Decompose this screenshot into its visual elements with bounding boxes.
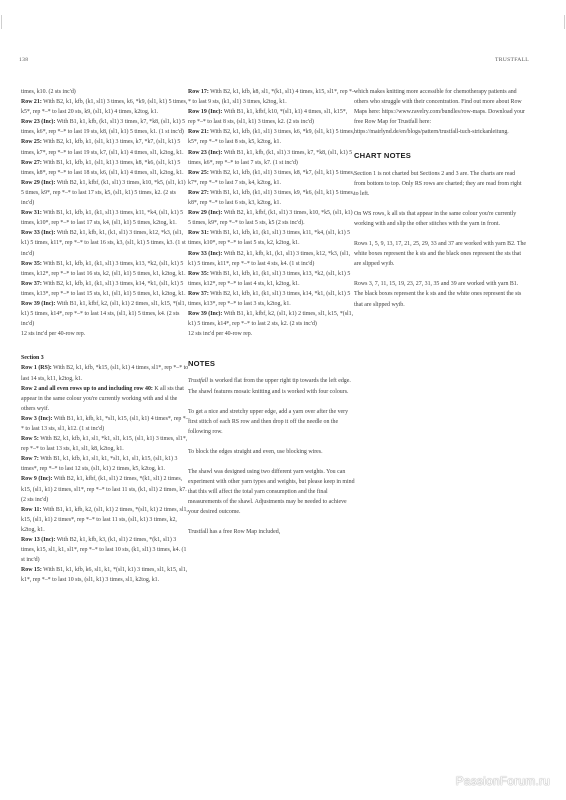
notes-paragraph-continued: which makes knitting more accessible for… — [354, 87, 526, 137]
notes-paragraph: Trustfall is worked flat from the upper … — [188, 376, 356, 396]
pattern-row: Row 33 (Inc): With B2, k1, kfb, k1, (k1,… — [188, 249, 356, 269]
notes-paragraph: Trustfall has a free Row Map included, — [188, 527, 356, 537]
pattern-row: Row 13 (Inc): With B2, k1, kfb, k3, (k1,… — [21, 535, 189, 565]
pattern-row: Row 7: With B1, k1, kfb, k1, sl1, k1, *s… — [21, 454, 189, 474]
pattern-row: Row 37: With B2, k1, kfb, k1, (k1, sl1) … — [188, 289, 356, 309]
pattern-row: Row 1 (RS): With B2, k1, kfb, *k15, (sl1… — [21, 363, 189, 383]
page-number: 138 — [19, 57, 28, 63]
pattern-row: Row 31: With B1, k1, kfb, k1, (k1, sl1) … — [21, 208, 189, 228]
pattern-row: Row 3 (Inc): With B1, k1, kfb, k1, *sl1,… — [21, 414, 189, 434]
pattern-row: Row 21: With B2, k1, kfb, (k1, sl1) 3 ti… — [21, 97, 189, 117]
pattern-row: Row 27: With B1, k1, kfb, k1, (sl1, k1) … — [21, 158, 189, 178]
pattern-row: Row 2 and all even rows up to and includ… — [21, 384, 189, 414]
column-3: which makes knitting more accessible for… — [354, 87, 526, 310]
pattern-row: Row 35: With B1, k1, kfb, k1, (k1, sl1) … — [21, 259, 189, 279]
continued-text: times, k10. (2 sts inc'd) — [21, 87, 189, 97]
pattern-row: Row 39 (Inc): With B1, k1, kfbf, k2, (sl… — [21, 299, 189, 329]
section3-rows: Row 1 (RS): With B2, k1, kfb, *k15, (sl1… — [21, 363, 189, 585]
pattern-row: Row 5: With B2, k1, kfb, k1, sl1, *k1, s… — [21, 434, 189, 454]
chart-notes-heading: CHART NOTES — [354, 151, 526, 161]
pattern-row: Row 19 (Inc): With B1, k1, kfbf, k10, *(… — [188, 107, 356, 127]
column-1: times, k10. (2 sts inc'd) Row 21: With B… — [21, 87, 189, 586]
column-2: Row 17: With B2, k1, kfb, k8, sl1, *(k1,… — [188, 87, 356, 538]
chart-notes-paragraph: Section 1 is not charted but Sections 2 … — [354, 169, 526, 199]
section-3-title: Section 3 — [21, 353, 189, 363]
notes-heading: NOTES — [188, 359, 356, 369]
pattern-row: Row 27: With B1, k1, kfb, (k1, sl1) 3 ti… — [188, 188, 356, 208]
notes-paragraph: The shawl was designed using two differe… — [188, 467, 356, 517]
notes-paragraph: To block the edges straight and even, us… — [188, 447, 356, 457]
pattern-row: Row 33 (Inc): With B2, k1, kfb, k1, (k1,… — [21, 228, 189, 258]
pattern-row: Row 9 (Inc): With B2, k1, kfbf, (k1, sl1… — [21, 474, 189, 504]
pattern-row: Row 31: With B1, k1, kfb, k1, (k1, sl1) … — [188, 228, 356, 248]
pattern-row: Row 25: With B2, k1, kfb, k1, (sl1, k1) … — [21, 137, 189, 157]
pattern-row: Row 23 (Inc): With B1, k1, kfb, (k1, sl1… — [188, 148, 356, 168]
pattern-row: Row 29 (Inc): With B2, k1, kfbf, (k1, sl… — [188, 208, 356, 228]
page-edge-mark-right — [564, 15, 565, 29]
chart-notes-paragraph: On WS rows, k all sts that appear in the… — [354, 209, 526, 229]
chart-notes-paragraph: Rows 3, 7, 11, 15, 19, 23, 27, 31, 35 an… — [354, 279, 526, 309]
page-edge-mark-left — [1, 15, 2, 29]
pattern-row: Row 11: With B1, k1, kfb, k2, (sl1, k1) … — [21, 505, 189, 535]
pattern-row: Row 35: With B1, k1, kfb, k1, (k1, sl1) … — [188, 269, 356, 289]
pattern-row: Row 23 (Inc): With B1, k1, kfb, (k1, sl1… — [21, 117, 189, 137]
notes-paragraph: To get a nice and stretchy upper edge, a… — [188, 407, 356, 437]
pattern-row: Row 15: With B1, k1, kfb, k6, sl1, k1, *… — [21, 565, 189, 585]
pattern-row: Row 37: With B2, k1, kfb, k1, (k1, sl1) … — [21, 279, 189, 299]
chart-notes-paragraph: Rows 1, 5, 9, 13, 17, 21, 25, 29, 33 and… — [354, 239, 526, 269]
watermark: PassionForum.ru — [456, 774, 550, 788]
pattern-row: Row 21: With B2, k1, kfb, (k1, sl1) 3 ti… — [188, 127, 356, 147]
pattern-row: Row 25: With B2, k1, kfb, (k1, sl1) 3 ti… — [188, 168, 356, 188]
section2-rows-continued: Row 21: With B2, k1, kfb, (k1, sl1) 3 ti… — [21, 97, 189, 339]
pattern-row: Row 39 (Inc): With B1, k1, kfbf, k2, (sl… — [188, 309, 356, 329]
running-title: TRUSTFALL — [495, 57, 529, 63]
increase-summary: 12 sts inc'd per 40-row rep. — [21, 329, 189, 339]
increase-summary: 12 sts inc'd per 40-row rep. — [188, 329, 356, 339]
pattern-row: Row 17: With B2, k1, kfb, k8, sl1, *(k1,… — [188, 87, 356, 107]
section3-rows-continued: Row 17: With B2, k1, kfb, k8, sl1, *(k1,… — [188, 87, 356, 339]
pattern-row: Row 29 (Inc): With B2, k1, kfbf, (k1, sl… — [21, 178, 189, 208]
